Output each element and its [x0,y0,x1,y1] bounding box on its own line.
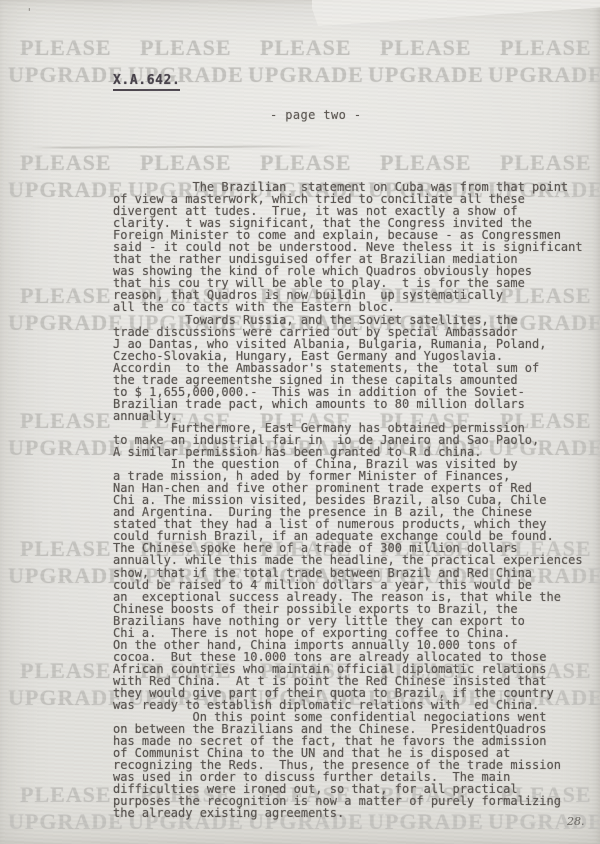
watermark-text: UPGRADE [8,563,124,589]
watermark-text: PLEASE [20,283,112,309]
watermark-text: PLEASE [140,35,232,61]
watermark-text: UPGRADE [368,62,484,88]
watermark-text: UPGRADE [8,435,124,461]
watermark-text: PLEASE [260,35,352,61]
page-label: - page two - [270,108,362,122]
watermark-text: PLEASE [20,35,112,61]
watermark-text: UPGRADE [8,310,124,336]
watermark-text: PLEASE [260,150,352,176]
watermark-text: PLEASE [20,658,112,684]
watermark-text: UPGRADE [248,62,364,88]
watermark-text: PLEASE [140,150,232,176]
watermark-text: UPGRADE [8,685,124,711]
watermark-text: PLEASE [20,408,112,434]
watermark-text: PLEASE [20,150,112,176]
paper-top-edge-highlight [0,0,600,42]
page-number: 28. [567,815,585,828]
watermark-text: PLEASE [20,536,112,562]
watermark-text: PLEASE [500,35,592,61]
paper-fold-line [28,145,333,149]
watermark-text: UPGRADE [8,177,124,203]
watermark-text: PLEASE [20,782,112,808]
watermark-text: UPGRADE [8,62,124,88]
watermark-text: PLEASE [380,150,472,176]
watermark-text: UPGRADE [8,809,124,835]
scan-speck: ' [26,6,33,19]
watermark-text: PLEASE [380,35,472,61]
typed-body-text: The Brazilian statement on Cuba was from… [113,181,583,819]
scanned-document-page: PLEASEPLEASEPLEASEPLEASEPLEASEUPGRADEUPG… [0,0,600,844]
watermark-text: UPGRADE [488,62,600,88]
document-reference: X.A.642. [113,73,180,91]
watermark-text: PLEASE [500,150,592,176]
